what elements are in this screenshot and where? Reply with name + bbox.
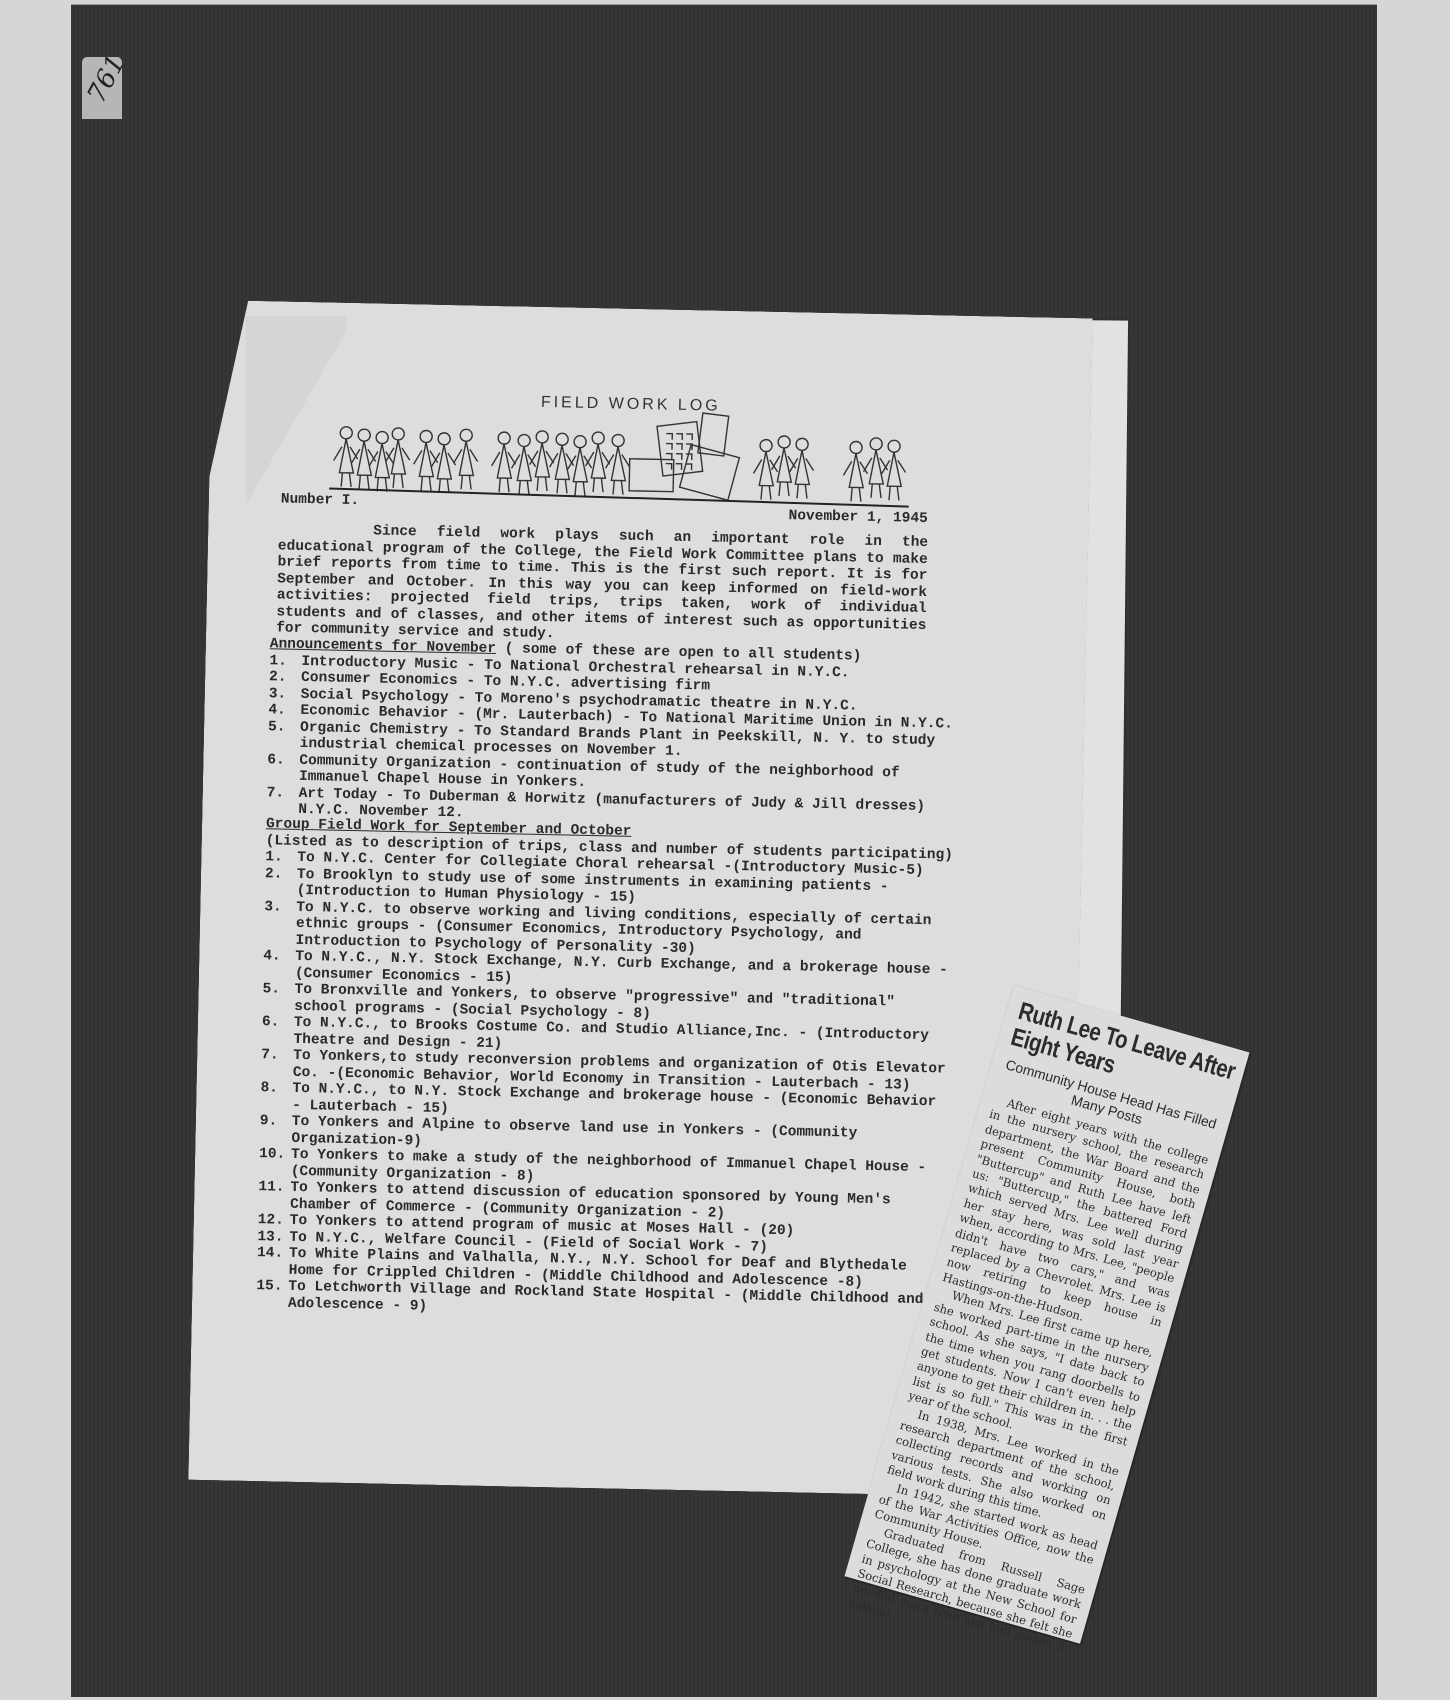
item-number: 3. (269, 686, 297, 703)
item-number: 9. (260, 1113, 288, 1130)
item-number: 5. (268, 719, 296, 736)
item-number: 1. (269, 653, 297, 670)
announcements-section: Announcements for November ( some of the… (266, 636, 960, 832)
item-number: 1. (265, 849, 293, 866)
item-number: 11. (258, 1179, 286, 1196)
masthead-illustration-icon (329, 402, 911, 510)
issue-date: November 1, 1945 (788, 508, 928, 527)
item-number: 7. (267, 785, 295, 802)
item-number: 6. (262, 1014, 290, 1031)
item-number: 2. (269, 669, 297, 686)
intro-paragraph: Since field work plays such an important… (276, 521, 928, 650)
item-number: 13. (257, 1229, 285, 1246)
group-field-work-section: Group Field Work for September and Octob… (256, 816, 956, 1325)
item-number: 7. (261, 1047, 289, 1064)
item-number: 2. (265, 866, 293, 883)
item-number: 12. (258, 1212, 286, 1229)
item-number: 4. (263, 948, 291, 965)
item-number: 6. (267, 752, 295, 769)
group-field-work-list: 1.To N.Y.C. Center for Collegiate Choral… (256, 849, 956, 1325)
item-number: 3. (264, 899, 292, 916)
item-number: 4. (268, 702, 296, 719)
item-number: 10. (259, 1146, 287, 1163)
announcements-list: 1.Introductory Music - To National Orche… (266, 653, 959, 832)
item-number: 8. (260, 1080, 288, 1097)
archive-page-label: 761 (82, 57, 122, 119)
item-number: 5. (262, 981, 290, 998)
item-number: 14. (257, 1245, 285, 1262)
sheet-folded-corner (246, 316, 346, 536)
item-number: 15. (256, 1278, 284, 1295)
page-number-handwritten: 761 (82, 64, 124, 108)
